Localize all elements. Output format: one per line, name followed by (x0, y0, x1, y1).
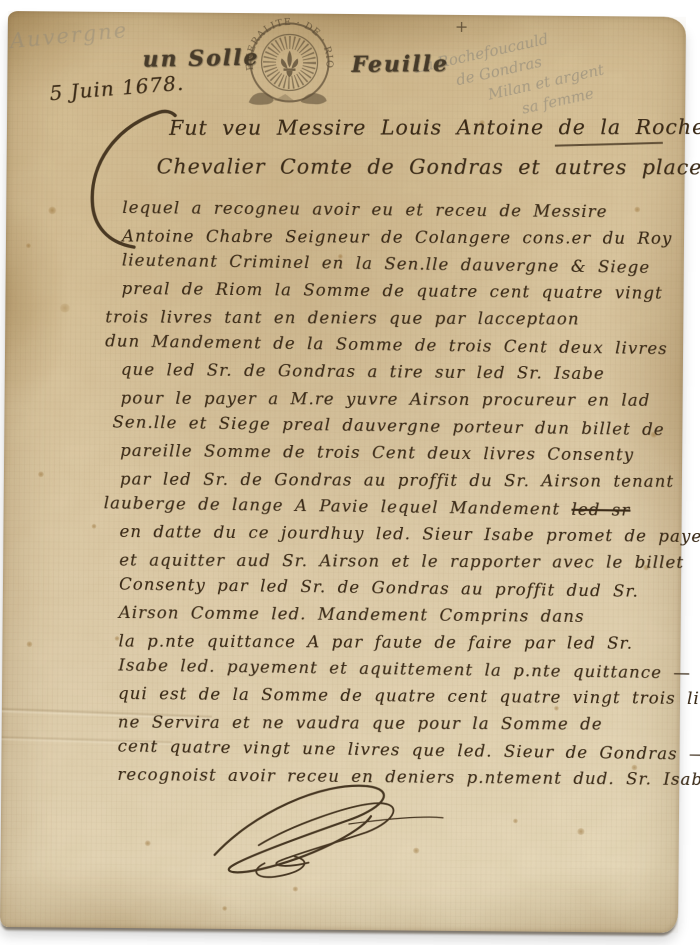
signature-paraph-icon (198, 775, 459, 881)
seal-lions-icon (249, 93, 326, 105)
foxing-spot (292, 887, 298, 892)
manuscript-paper-sheet: Auvergne La Rochefoucauld de Gondras Mil… (0, 11, 686, 933)
manuscript-opening-line: Fut veu Messire Louis Antoine de la Roch… (169, 115, 700, 140)
foxing-spot (26, 243, 31, 248)
foxing-spot (38, 471, 44, 477)
foxing-spot (91, 524, 96, 529)
manuscript-body: lequel a recogneu avoir eu et receu de M… (117, 198, 700, 797)
foxing-spot (26, 641, 32, 647)
ink-corner-mark: + (455, 17, 469, 36)
foxing-spot (222, 906, 227, 911)
manuscript-opening-line: Chevalier Comte de Gondras et autres pla… (157, 154, 700, 179)
generalite-riom-seal-icon: GENERALITE · DE · RIOM (231, 16, 350, 119)
foxing-spot (513, 818, 518, 823)
foxing-spot (59, 303, 70, 312)
date-note: 5 Juin 1678. (49, 71, 185, 106)
document-photo: Auvergne La Rochefoucauld de Gondras Mil… (0, 0, 700, 945)
line-filler-rule (555, 142, 663, 147)
stamp-right-text: Feuille (351, 51, 449, 78)
manuscript-line: lequel a recogneu avoir eu et receu de M… (122, 198, 700, 230)
foxing-spot (48, 206, 56, 214)
crossed-out-word: led sr (571, 500, 630, 520)
foxing-spot (577, 828, 585, 835)
foxing-spot (145, 840, 151, 846)
fleur-de-lis-icon (281, 50, 298, 77)
pencil-note-top-left: Auvergne (9, 18, 129, 53)
